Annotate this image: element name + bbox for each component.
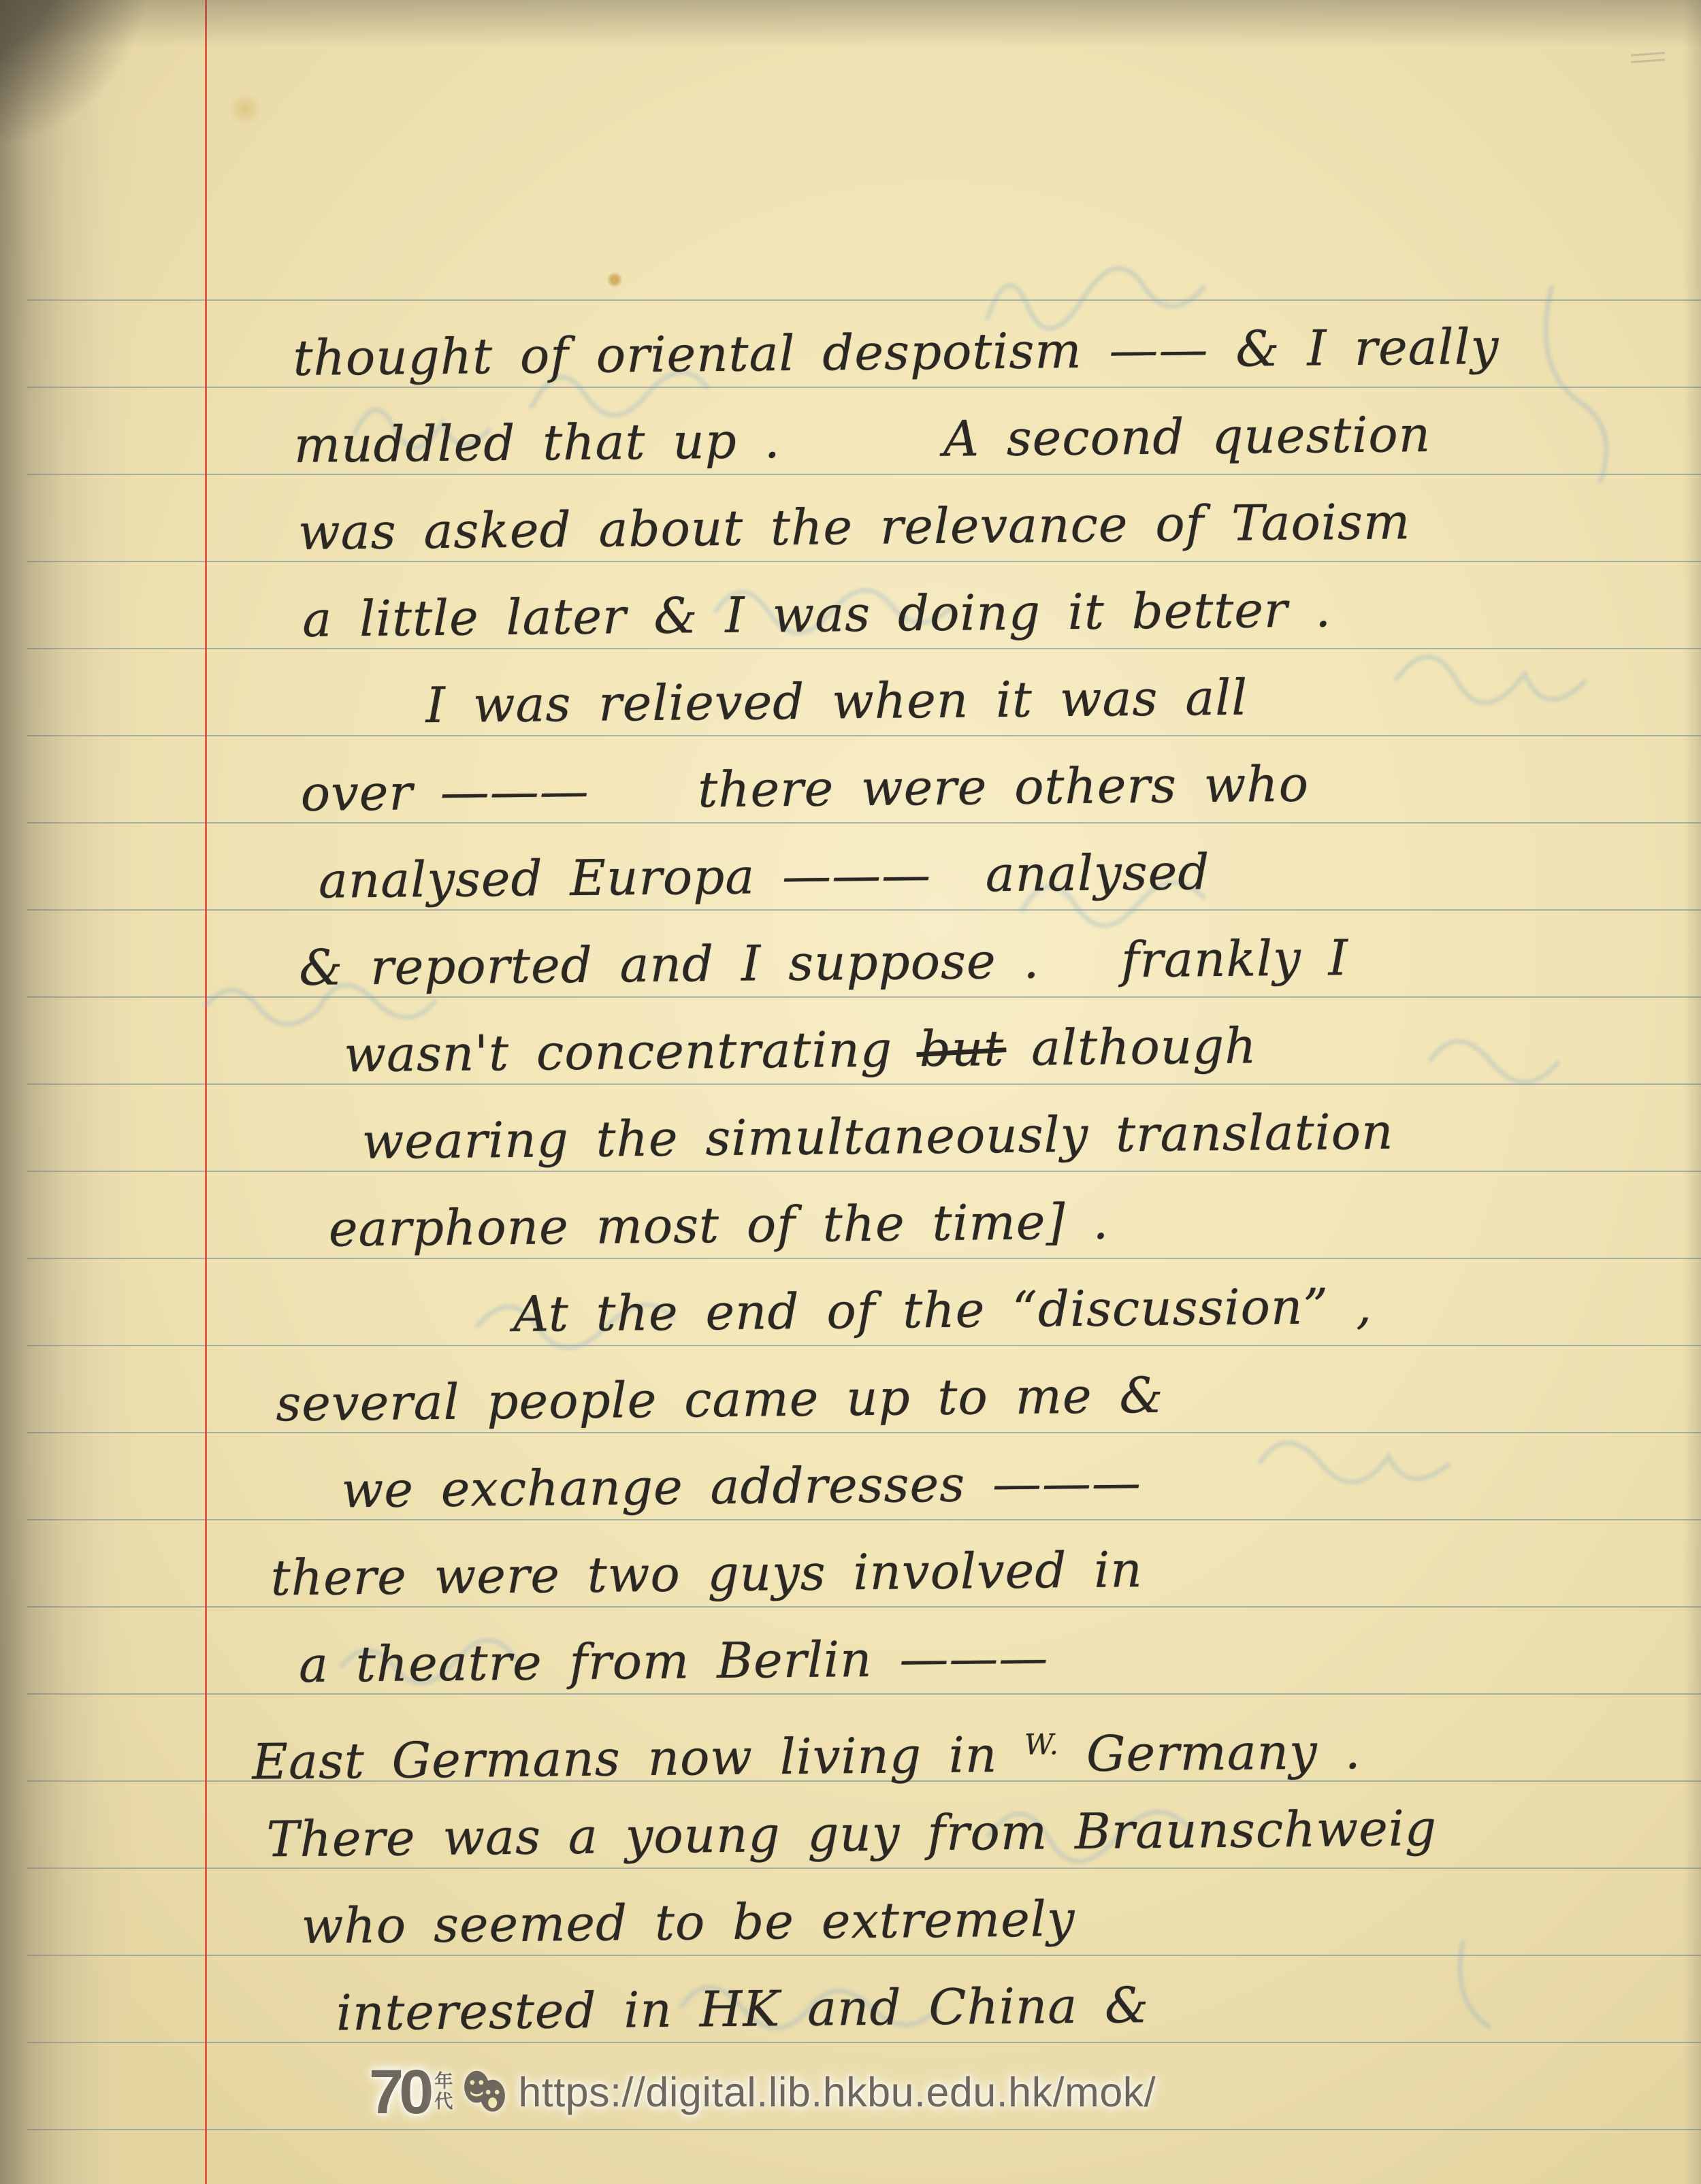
scan-edge-shadow-right xyxy=(1683,0,1701,2184)
handwriting-text: several people came up to me & xyxy=(276,1367,1164,1433)
handwriting-text: W. xyxy=(1024,1727,1059,1761)
handwriting-line: analysed Europa ——— analysed xyxy=(223,824,1687,925)
watermark-logo-cjk: 年 代 xyxy=(434,2072,453,2113)
handwriting-text: who seemed to be extremely xyxy=(301,1890,1075,1955)
paper-stain xyxy=(606,272,623,287)
handwriting-text: Germany . xyxy=(1059,1723,1361,1782)
paper-stain xyxy=(225,95,265,123)
watermark-logo-char-top: 年 xyxy=(434,2072,453,2092)
handwriting-lines: thought of oriental despotism —— & I rea… xyxy=(218,301,1698,2057)
handwriting-line: over ——— there were others who xyxy=(222,736,1686,838)
handwriting-text: interested in HK and China & xyxy=(336,1976,1150,2041)
handwriting-line: East Germans now living in W. Germany . xyxy=(231,1695,1696,1796)
handwriting-text: was asked about the relevance of Taoism xyxy=(298,493,1411,561)
handwriting-line: muddled that up . A second question xyxy=(218,388,1683,489)
handwriting-text: wasn't concentrating xyxy=(344,1020,920,1083)
handwriting-text: At the end of the “discussion” , xyxy=(513,1277,1373,1343)
handwriting-line: who seemed to be extremely xyxy=(233,1869,1697,1970)
handwriting-text: East Germans now living in xyxy=(252,1726,1025,1791)
handwriting-text: earphone most of the time] . xyxy=(328,1192,1109,1257)
scan-corner-shadow xyxy=(0,0,177,204)
pencil-corner-mark xyxy=(1631,53,1665,64)
watermark-url: https://digital.lib.hkbu.edu.hk/mok/ xyxy=(518,2068,1156,2116)
handwriting-line: interested in HK and China & xyxy=(233,1956,1698,2057)
handwriting-text: & reported and I suppose . frankly I xyxy=(299,929,1349,996)
handwriting-line: At the end of the “discussion” , xyxy=(227,1259,1691,1360)
margin-line xyxy=(205,0,207,2184)
handwriting-text: a theatre from Berlin ——— xyxy=(299,1629,1049,1693)
handwriting-text: over ——— there were others who xyxy=(300,755,1309,822)
handwriting-line: a little later & I was doing it better . xyxy=(221,562,1685,664)
handwriting-line: I was relieved when it was all xyxy=(221,649,1685,751)
handwriting-line: earphone most of the time] . xyxy=(226,1172,1690,1273)
handwriting-text: although xyxy=(1004,1017,1257,1077)
struck-word: but xyxy=(919,1020,1004,1077)
handwriting-text: analysed Europa ——— analysed xyxy=(319,843,1210,909)
handwriting-text: we exchange addresses ——— xyxy=(341,1454,1141,1518)
handwriting-line: a theatre from Berlin ——— xyxy=(230,1608,1694,1709)
handwriting-text: thought of oriental despotism —— & I rea… xyxy=(293,318,1499,387)
handwriting-line: thought of oriental despotism —— & I rea… xyxy=(218,301,1682,402)
watermark-logo-70: 70 xyxy=(369,2061,429,2123)
watermark: 70 年 代 https://digital.lib.hkbu.edu.hk/m… xyxy=(369,2061,1156,2123)
handwriting-text: muddled that up . A second question xyxy=(293,406,1431,474)
handwriting-line: was asked about the relevance of Taoism xyxy=(219,475,1683,576)
handwriting-line: wasn't concentrating but although xyxy=(225,998,1689,1099)
scanned-notebook-page: thought of oriental despotism —— & I rea… xyxy=(0,0,1701,2184)
watermark-logo-char-bottom: 代 xyxy=(434,2092,453,2113)
handwriting-line: we exchange addresses ——— xyxy=(229,1433,1693,1535)
scan-edge-shadow-top xyxy=(0,0,1701,48)
handwriting-text: wearing the simultaneously translation xyxy=(361,1103,1393,1170)
handwriting-line: several people came up to me & xyxy=(228,1346,1692,1448)
handwriting-line: there were two guys involved in xyxy=(229,1520,1694,1622)
scan-edge-shadow-left xyxy=(0,0,136,2184)
handwriting-text: a little later & I was doing it better . xyxy=(302,581,1332,648)
handwriting-text: I was relieved when it was all xyxy=(425,669,1248,734)
theater-masks-icon xyxy=(458,2066,511,2119)
handwriting-text: there were two guys involved in xyxy=(270,1541,1143,1606)
handwriting-line: wearing the simultaneously translation xyxy=(225,1085,1689,1186)
handwriting-line: There was a young guy from Braunschweig xyxy=(232,1782,1696,1883)
handwriting-text: There was a young guy from Braunschweig xyxy=(266,1799,1437,1868)
handwriting-line: & reported and I suppose . frankly I xyxy=(224,911,1688,1012)
